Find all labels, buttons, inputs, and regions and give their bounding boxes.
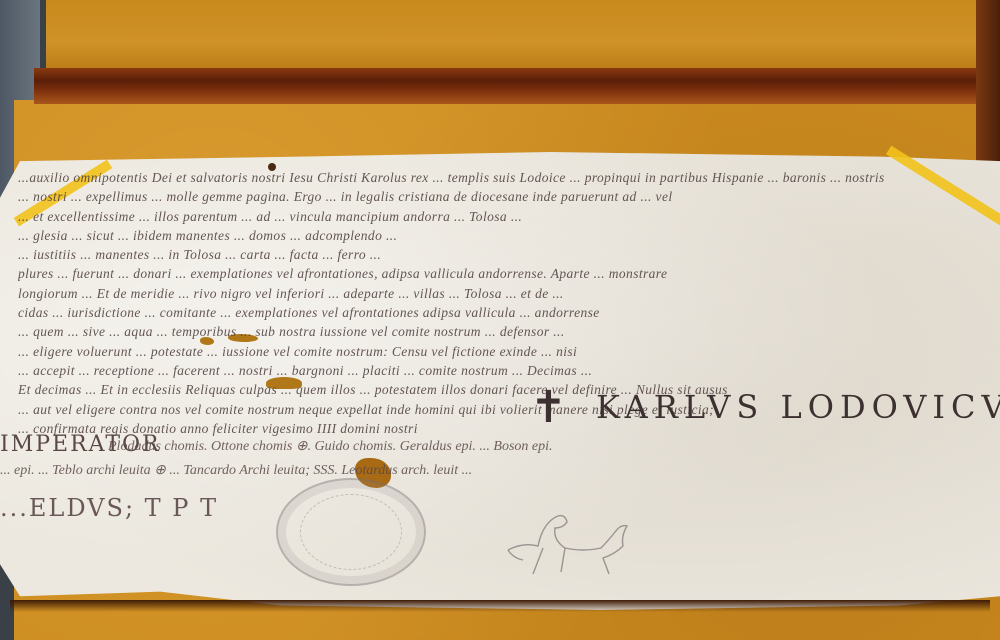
text-line: longiorum ... Et de meridie ... rivo nig… xyxy=(18,284,978,303)
cross-icon: ✝ xyxy=(530,388,567,428)
signature-name: KARLVS LODOVICVS xyxy=(596,388,1000,426)
parchment-shadow xyxy=(10,600,990,612)
subscription-line: ...ELDVS; T P T xyxy=(0,494,218,522)
witness-line: ... epi. ... Teblo archi leuita ⊕ ... Ta… xyxy=(0,462,472,479)
text-line: ... quem ... sive ... aqua ... temporibu… xyxy=(18,322,978,341)
text-line: ... iustitiis ... manentes ... in Tolosa… xyxy=(18,245,978,264)
photo-scene: ...auxilio omnipotentis Dei et salvatori… xyxy=(0,0,1000,640)
text-line: plures ... fuerunt ... donari ... exempl… xyxy=(18,264,978,283)
text-line: ... accepit ... receptione ... facerent … xyxy=(18,361,978,380)
box-lid xyxy=(46,0,976,72)
seal-stamp xyxy=(276,478,426,586)
text-line: ... et excellentissime ... illos parentu… xyxy=(18,207,978,226)
seal-inner-ring xyxy=(300,494,402,570)
text-line: ... glesia ... sicut ... ibidem manentes… xyxy=(18,226,978,245)
text-line: ... eligere voluerunt ... potestate ... … xyxy=(18,342,978,361)
text-line: ... nostri ... expellimus ... molle gemm… xyxy=(18,187,978,206)
text-line: ...auxilio omnipotentis Dei et salvatori… xyxy=(18,168,978,187)
lid-fold xyxy=(34,68,984,104)
lion-drawing-icon xyxy=(503,502,633,582)
witness-line: Plodadus chomis. Ottone chomis ⊕. Guido … xyxy=(108,438,553,455)
text-line: cidas ... iurisdictione ... comitante ..… xyxy=(18,303,978,322)
